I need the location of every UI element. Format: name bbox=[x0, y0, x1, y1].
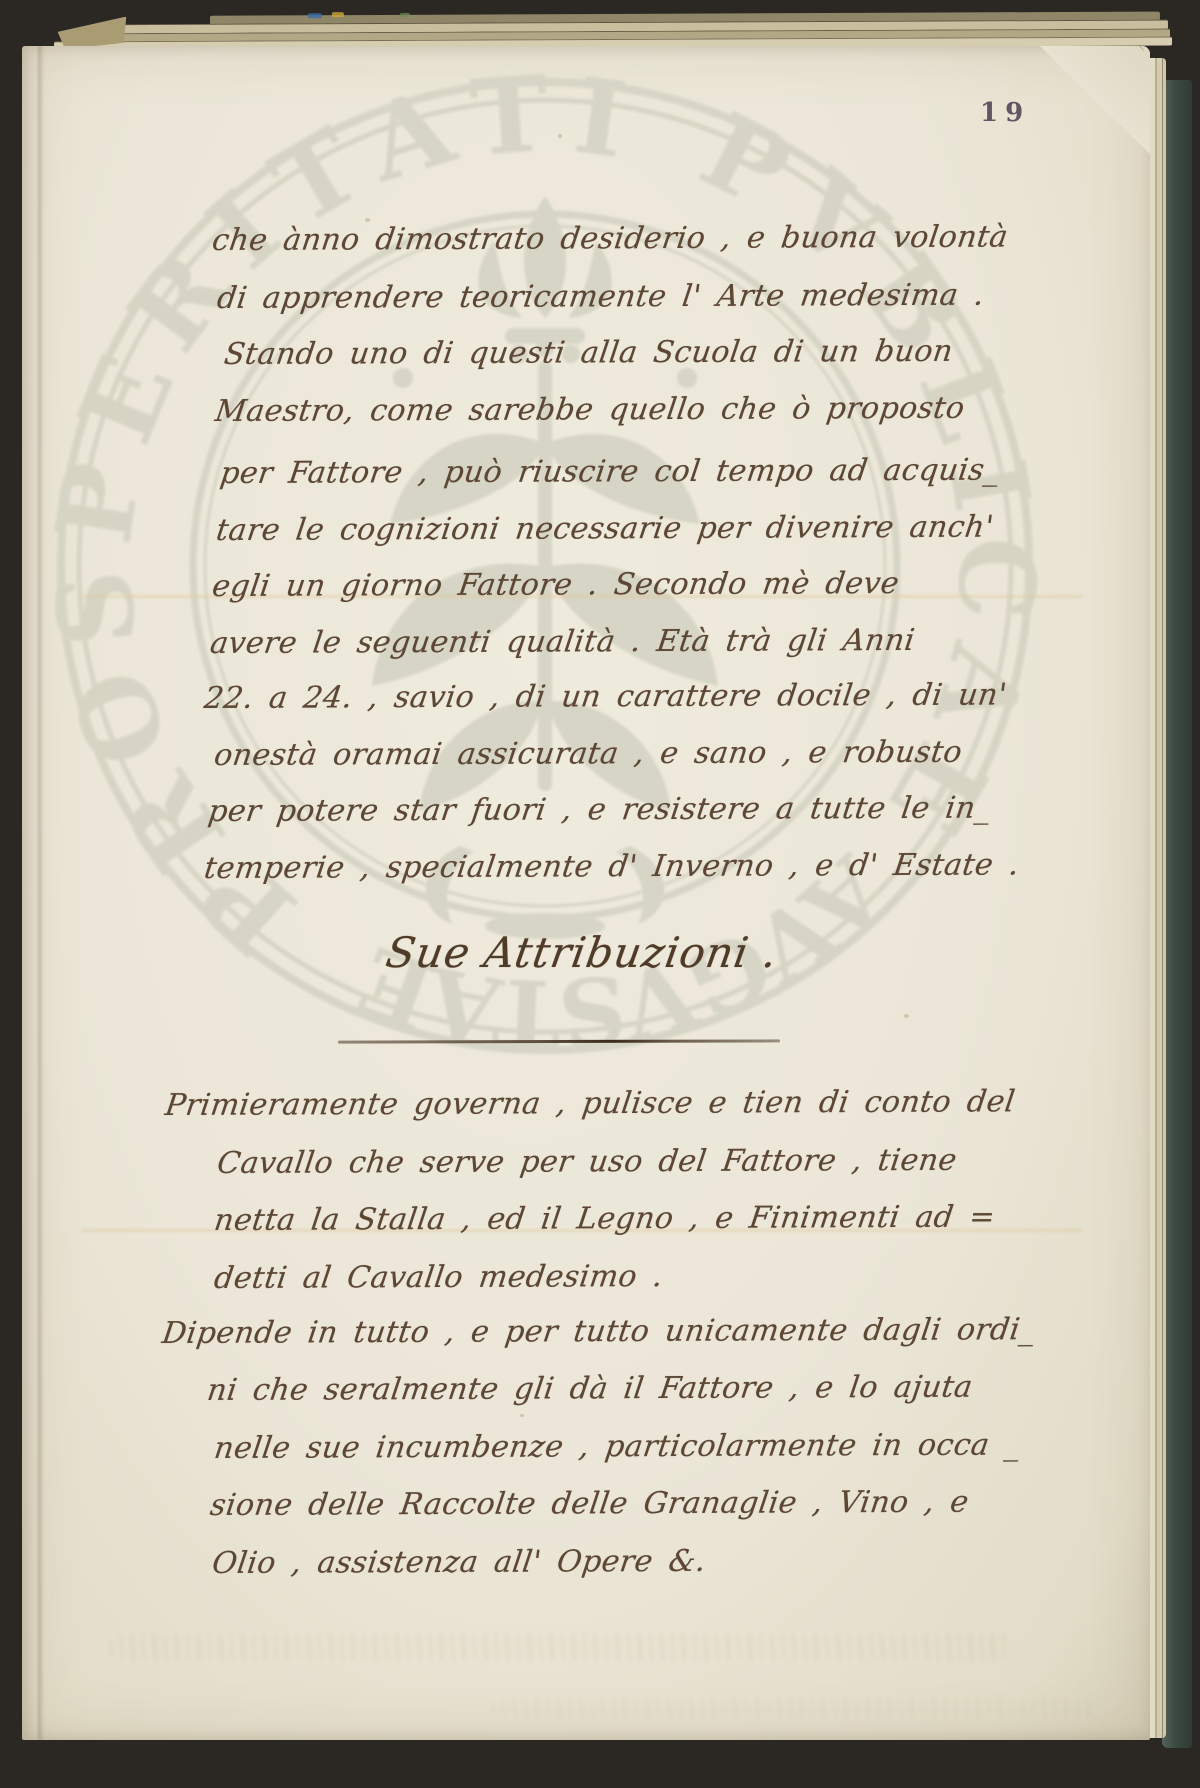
manuscript-line: detti al Cavallo medesimo . bbox=[212, 1259, 665, 1296]
foxing-spot bbox=[558, 134, 562, 138]
manuscript-line: onestà oramai assicurata , e sano , e ro… bbox=[212, 735, 964, 773]
manuscript-line: tare le cognizioni necessarie per diveni… bbox=[214, 510, 996, 548]
manuscript-line: ni che seralmente gli dà il Fattore , e … bbox=[205, 1370, 975, 1408]
section-heading: Sue Attribuzioni . bbox=[318, 928, 846, 977]
manuscript-line: avere le seguenti qualità . Età trà gli … bbox=[208, 623, 917, 661]
manuscript-line: nelle sue incumbenze , particolarmente i… bbox=[212, 1427, 1023, 1466]
cover-fleck-yellow bbox=[332, 12, 344, 17]
manuscript-line: Dipende in tutto , e per tutto unicament… bbox=[160, 1312, 1038, 1351]
page-number: 19 bbox=[980, 98, 1030, 128]
manuscript-line: Olio , assistenza all' Opere &. bbox=[210, 1544, 708, 1581]
manuscript-line: di apprendere teoricamente l' Arte medes… bbox=[215, 278, 987, 316]
book-cover-edge bbox=[1162, 80, 1192, 1748]
manuscript-line: 22. a 24. , savio , di un carattere doci… bbox=[202, 678, 1009, 716]
manuscript-line: Primieramente governa , pulisce e tien d… bbox=[163, 1084, 1017, 1123]
cover-fleck-green bbox=[400, 13, 410, 17]
manuscript-line: sione delle Raccolte delle Granaglie , V… bbox=[208, 1485, 971, 1523]
gutter-crease bbox=[38, 46, 44, 1740]
verso-bleedthrough bbox=[492, 1698, 1092, 1718]
manuscript-line: Stando uno di questi alla Scuola di un b… bbox=[222, 334, 955, 372]
manuscript-line: netta la Stalla , ed il Legno , e Finime… bbox=[212, 1200, 997, 1238]
manuscript-line: Maestro, come sarebbe quello che ò propo… bbox=[213, 391, 967, 429]
foxing-spot bbox=[904, 1014, 909, 1018]
verso-bleedthrough bbox=[110, 1634, 1010, 1660]
manuscript-line: che ànno dimostrato desiderio , e buona … bbox=[210, 220, 1010, 258]
manuscript-line: temperie , specialmente d' Inverno , e d… bbox=[202, 847, 1021, 886]
foxing-spot bbox=[520, 1414, 524, 1417]
manuscript-page: PROSPERITATI PVBLICAE AVGVSTAE bbox=[22, 46, 1150, 1740]
photographed-book-scan: PROSPERITATI PVBLICAE AVGVSTAE bbox=[0, 0, 1200, 1788]
manuscript-line: Cavallo che serve per uso del Fattore , … bbox=[215, 1143, 959, 1181]
cover-fleck-blue bbox=[308, 13, 322, 18]
manuscript-line: per potere star fuori , e resistere a tu… bbox=[206, 791, 993, 829]
manuscript-line: egli un giorno Fattore . Secondo mè deve bbox=[210, 566, 901, 604]
manuscript-line: per Fattore , può riuscire col tempo ad … bbox=[218, 453, 1002, 491]
